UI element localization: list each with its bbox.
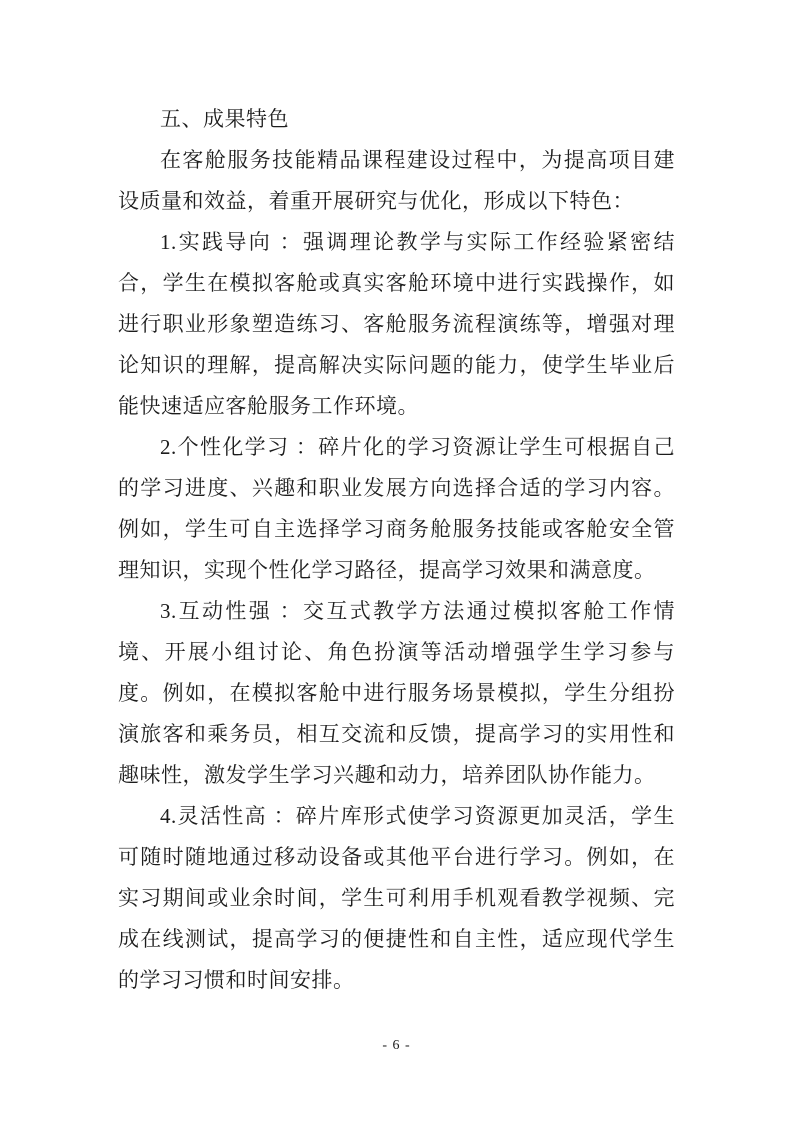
page-content: 五、成果特色 在客舱服务技能精品课程建设过程中，为提高项目建设质量和效益，着重开… <box>118 99 675 1001</box>
document-page: 五、成果特色 在客舱服务技能精品课程建设过程中，为提高项目建设质量和效益，着重开… <box>0 0 793 1122</box>
feature-paragraph-interactivity: 3.互动性强 ：交互式教学方法通过模拟客舱工作情境、开展小组讨论、角色扮演等活动… <box>118 591 675 796</box>
section-heading: 五、成果特色 <box>118 99 675 140</box>
intro-paragraph: 在客舱服务技能精品课程建设过程中，为提高项目建设质量和效益，着重开展研究与优化，… <box>118 140 675 222</box>
feature-paragraph-personalized-learning: 2.个性化学习 ：碎片化的学习资源让学生可根据自己的学习进度、兴趣和职业发展方向… <box>118 427 675 591</box>
feature-paragraph-flexibility: 4.灵活性高 ：碎片库形式使学习资源更加灵活，学生可随时随地通过移动设备或其他平… <box>118 796 675 1001</box>
page-number: - 6 - <box>0 1036 793 1056</box>
feature-paragraph-practice-oriented: 1.实践导向 ：强调理论教学与实际工作经验紧密结合，学生在模拟客舱或真实客舱环境… <box>118 222 675 427</box>
